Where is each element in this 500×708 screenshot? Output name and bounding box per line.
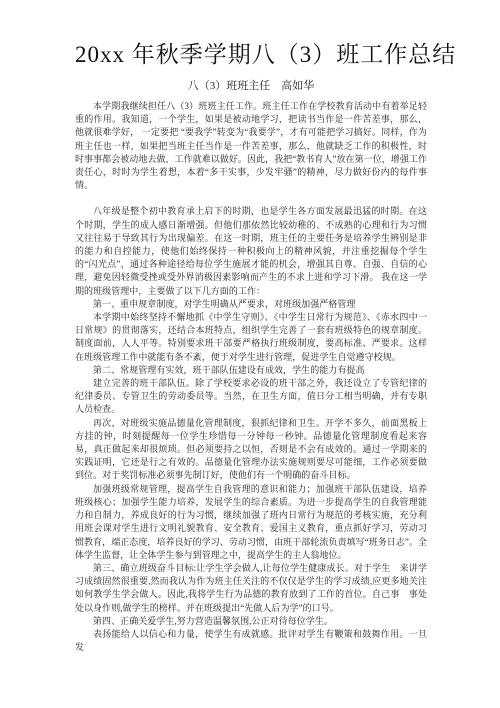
paragraph: 第三、确立班级奋斗目标:让学生学会做人,让每位学生健康成长。对于学生 来讲学习成… <box>75 562 427 615</box>
paragraph: 第一、重申规章制度，对学生明确从严要求，对班级加强严格管理 <box>75 298 427 311</box>
paragraph: 本学期中始终坚持不懈地抓《中学生守则》、《中学生日常行为规范》、《赤水四中一日常… <box>75 311 427 364</box>
paragraph: 第二、常规管理有实效，班干部队伍建设有成效，学生的能力有提高 <box>75 364 427 377</box>
document-body: 本学期我继续担任八（3）班班主任工作。班主任工作在学校教育活动中有着举足轻重的作… <box>75 100 427 654</box>
paragraph: 加强班级常规管理，提高学生自我管理的意识和能力；加强班干部队伍建设，培养班级核心… <box>75 483 427 562</box>
paragraph: 第四、正确关爱学生,努力营造温馨氛围,公正对待每位学生。 <box>75 615 427 628</box>
paragraph: 八年级是整个初中教育承上启下的时期，也是学生各方面发展最迅猛的时期。在这个时期，… <box>75 205 427 297</box>
paragraph: 表扬能给人以信心和力量，使学生有成就感。批评对学生有鞭策和鼓舞作用。一旦发 <box>75 628 427 654</box>
document-title: 20xx 年秋季学期八（3）班工作总结 <box>75 36 427 69</box>
document-page: 20xx 年秋季学期八（3）班工作总结 八（3）班班主任 高如华 本学期我继续担… <box>0 0 500 708</box>
paragraph: 再次，对班级实施品德量化管理制度，狠抓纪律和卫生。开学不多久，前面黑板上方挂的钟… <box>75 417 427 483</box>
document-byline: 八（3）班班主任 高如华 <box>75 77 427 93</box>
paragraph: 建立完善的班干部队伍。除了学校要求必设的班干部之外，我还设立了专管纪律的纪律委员… <box>75 377 427 417</box>
paragraph: 本学期我继续担任八（3）班班主任工作。班主任工作在学校教育活动中有着举足轻重的作… <box>75 100 427 192</box>
